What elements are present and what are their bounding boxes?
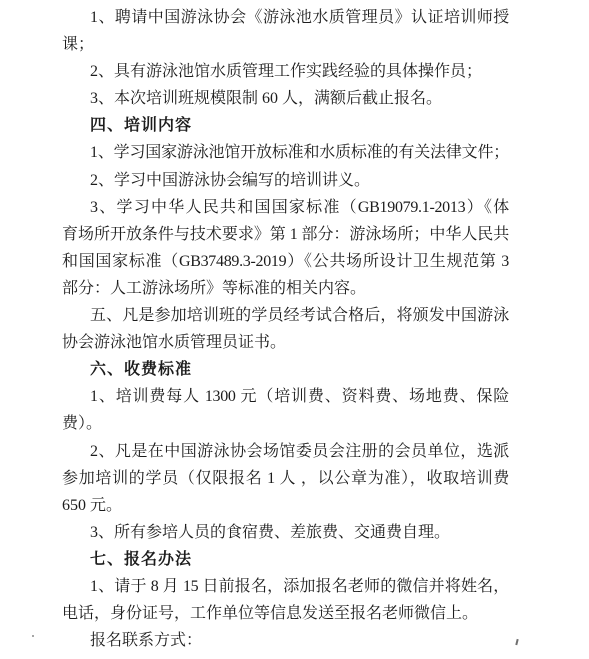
document-line: 育场所开放条件与技术要求》第 1 部分：游泳场所；中华人民共 [62,221,509,248]
scan-stroke-mark [515,639,518,645]
document-line: 2、凡是在中国游泳协会场馆委员会注册的会员单位，选派 [62,438,509,465]
scan-speck-mark [32,635,34,637]
document-line: 2、学习中国游泳协会编写的培训讲义。 [62,167,509,194]
document-body: 1、聘请中国游泳协会《游泳池水质管理员》认证培训师授课；2、具有游泳池馆水质管理… [62,4,509,654]
document-line: 650 元。 [62,492,509,519]
document-line: 费）。 [62,410,509,437]
document-line: 3、学习中华人民共和国国家标准（GB19079.1-2013）《体 [62,194,509,221]
document-line: 协会游泳池馆水质管理员证书。 [62,329,509,356]
document-line: 部分：人工游泳场所》等标准的相关内容。 [62,275,509,302]
document-line: 2、具有游泳池馆水质管理工作实践经验的具体操作员； [62,58,509,85]
document-line: 1、学习国家游泳池馆开放标准和水质标准的有关法律文件； [62,139,509,166]
document-line: 3、所有参培人员的食宿费、差旅费、交通费自理。 [62,519,509,546]
document-line: 五、凡是参加培训班的学员经考试合格后，将颁发中国游泳 [62,302,509,329]
section-heading: 六、收费标准 [62,356,509,383]
document-line: 课； [62,31,509,58]
document-line: 和国国家标准（GB37489.3-2019）《公共场所设计卫生规范第 3 [62,248,509,275]
document-page: 1、聘请中国游泳协会《游泳池水质管理员》认证培训师授课；2、具有游泳池馆水质管理… [0,0,589,659]
document-line: 1、培训费每人 1300 元（培训费、资料费、场地费、保险 [62,383,509,410]
section-heading: 四、培训内容 [62,112,509,139]
document-line: 参加培训的学员（仅限报名 1 人 ，以公章为准），收取培训费 [62,465,509,492]
section-heading: 七、报名办法 [62,546,509,573]
document-line: 3、本次培训班规模限制 60 人，满额后截止报名。 [62,85,509,112]
document-line: 1、聘请中国游泳协会《游泳池水质管理员》认证培训师授 [62,4,509,31]
document-line: 电话，身份证号，工作单位等信息发送至报名老师微信上。 [62,600,509,627]
document-line: 1、请于 8 月 15 日前报名，添加报名老师的微信并将姓名， [62,573,509,600]
document-line: 报名联系方式： [62,627,509,654]
